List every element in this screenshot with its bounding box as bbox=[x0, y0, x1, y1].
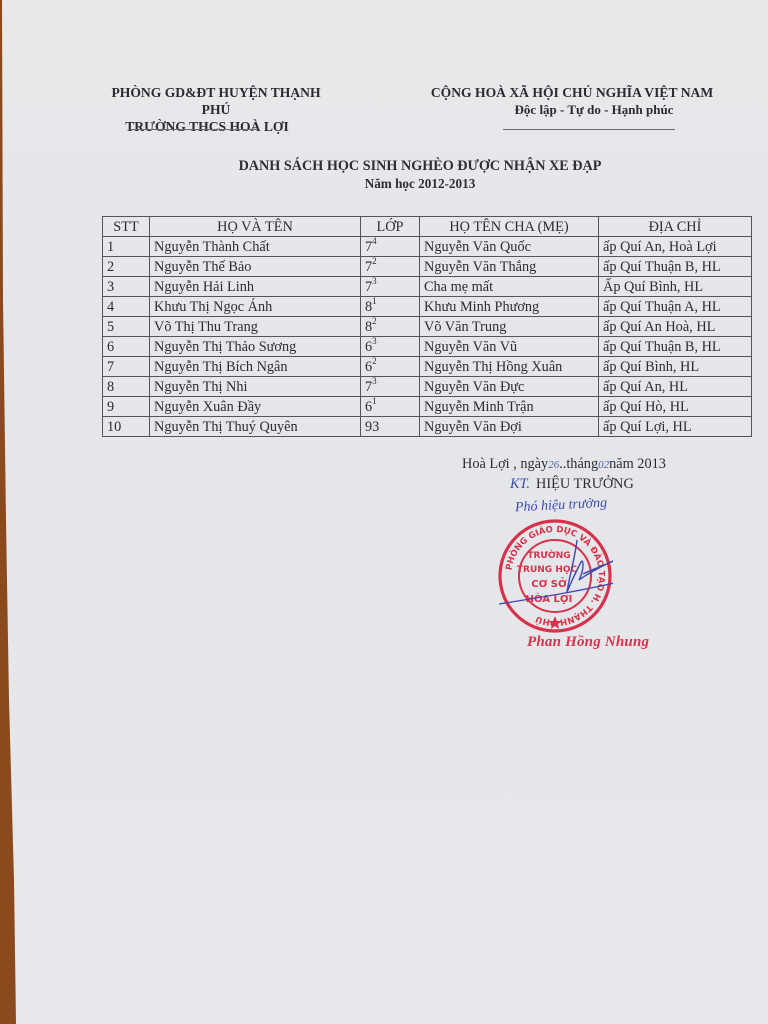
row-class: 62 bbox=[361, 357, 420, 377]
motto: Độc lập - Tự do - Hạnh phúc bbox=[451, 101, 737, 118]
table-row: 2Nguyễn Thế Bảo72Nguyễn Văn Thắngấp Quí … bbox=[103, 257, 752, 277]
row-address: ấp Quí Thuận B, HL bbox=[599, 337, 752, 357]
table-body: 1Nguyễn Thành Chất74Nguyễn Văn Quốcấp Qu… bbox=[103, 237, 752, 437]
table-row: 1Nguyễn Thành Chất74Nguyễn Văn Quốcấp Qu… bbox=[103, 237, 752, 257]
country-name: CỘNG HOÀ XÃ HỘI CHỦ NGHĨA VIỆT NAM bbox=[407, 84, 737, 101]
row-address: ấp Quí An, Hoà Lợi bbox=[599, 237, 752, 257]
class-section: 3 bbox=[372, 336, 377, 346]
right-header-rule bbox=[503, 129, 675, 130]
row-student-name: Nguyễn Thành Chất bbox=[150, 237, 361, 257]
row-class: 61 bbox=[361, 397, 420, 417]
row-address: ấp Quí Thuận A, HL bbox=[599, 297, 752, 317]
date-prefix: Hoà Lợi , ngày bbox=[462, 456, 548, 472]
row-address: ấp Quí Thuận B, HL bbox=[599, 257, 752, 277]
row-class: 73 bbox=[361, 277, 420, 297]
month-handwritten: 02 bbox=[598, 459, 609, 471]
row-student-name: Nguyễn Xuân Đầy bbox=[150, 397, 361, 417]
class-section: 4 bbox=[372, 236, 377, 246]
row-parent-name: Nguyễn Văn Thắng bbox=[420, 257, 599, 277]
student-table: STT HỌ VÀ TÊN LỚP HỌ TÊN CHA (MẸ) ĐỊA CH… bbox=[102, 216, 752, 437]
row-student-name: Nguyễn Hải Linh bbox=[150, 277, 361, 297]
row-stt: 10 bbox=[103, 417, 150, 437]
role-title: HIỆU TRƯỞNG bbox=[536, 476, 634, 492]
date-month-label: ..tháng bbox=[559, 456, 598, 472]
table-row: 4Khưu Thị Ngọc Ánh81Khưu Minh Phươngấp Q… bbox=[103, 297, 752, 317]
document-page: PHÒNG GD&ĐT HUYỆN THẠNH PHÚ TRƯỜNG THCS … bbox=[0, 0, 768, 1024]
row-stt: 2 bbox=[103, 257, 150, 277]
row-student-name: Nguyễn Thị Thảo Sương bbox=[150, 337, 361, 357]
row-stt: 9 bbox=[103, 397, 150, 417]
svg-text:CƠ SỞ: CƠ SỞ bbox=[531, 576, 567, 590]
title-main: DANH SÁCH HỌC SINH NGHÈO ĐƯỢC NHẬN XE ĐẠ… bbox=[190, 158, 650, 175]
row-class: 74 bbox=[361, 237, 420, 257]
row-stt: 8 bbox=[103, 377, 150, 397]
row-student-name: Khưu Thị Ngọc Ánh bbox=[150, 297, 361, 317]
row-parent-name: Võ Văn Trung bbox=[420, 317, 599, 337]
row-stt: 3 bbox=[103, 277, 150, 297]
column-header-stt: STT bbox=[103, 217, 150, 237]
department-name: PHÒNG GD&ĐT HUYỆN THẠNH PHÚ bbox=[100, 84, 332, 118]
row-student-name: Nguyễn Thế Bảo bbox=[150, 257, 361, 277]
row-parent-name: Khưu Minh Phương bbox=[420, 297, 599, 317]
row-parent-name: Nguyễn Văn Đực bbox=[420, 377, 599, 397]
row-class: 73 bbox=[361, 377, 420, 397]
official-stamp-icon: PHÒNG GIÁO DỤC VÀ ĐÀO TẠO H. THẠNH PHÚ T… bbox=[497, 518, 613, 634]
table-row: 8Nguyễn Thị Nhi73Nguyễn Văn Đựcấp Quí An… bbox=[103, 377, 752, 397]
class-section: 2 bbox=[372, 316, 377, 326]
row-address: ấp Quí An, HL bbox=[599, 377, 752, 397]
row-parent-name: Cha mẹ mất bbox=[420, 277, 599, 297]
table-header-row: STT HỌ VÀ TÊN LỚP HỌ TÊN CHA (MẸ) ĐỊA CH… bbox=[103, 217, 752, 237]
row-address: ấp Quí Hò, HL bbox=[599, 397, 752, 417]
class-section: 2 bbox=[372, 256, 377, 266]
day-handwritten: 26 bbox=[548, 459, 559, 471]
national-motto: CỘNG HOÀ XÃ HỘI CHỦ NGHĨA VIỆT NAM Độc l… bbox=[407, 84, 737, 118]
class-section: 3 bbox=[372, 376, 377, 386]
row-address: ấp Quí Lợi, HL bbox=[599, 417, 752, 437]
column-header-address: ĐỊA CHỈ bbox=[599, 217, 752, 237]
issuing-office: PHÒNG GD&ĐT HUYỆN THẠNH PHÚ TRƯỜNG THCS … bbox=[100, 84, 332, 135]
row-parent-name: Nguyễn Văn Vũ bbox=[420, 337, 599, 357]
column-header-name: HỌ VÀ TÊN bbox=[150, 217, 361, 237]
school-year: Năm học 2012-2013 bbox=[190, 175, 650, 192]
row-class: 93 bbox=[361, 417, 420, 437]
row-class: 63 bbox=[361, 337, 420, 357]
table-row: 3Nguyễn Hải Linh73Cha mẹ mấtẤp Quí Bình,… bbox=[103, 277, 752, 297]
row-student-name: Nguyễn Thị Thuý Quyên bbox=[150, 417, 361, 437]
row-class: 82 bbox=[361, 317, 420, 337]
table-row: 5Võ Thị Thu Trang82Võ Văn Trungấp Quí An… bbox=[103, 317, 752, 337]
kt-handwritten: KT. bbox=[510, 476, 530, 492]
class-section: 2 bbox=[372, 356, 377, 366]
row-student-name: Võ Thị Thu Trang bbox=[150, 317, 361, 337]
table-row: 9Nguyễn Xuân Đầy61Nguyễn Minh Trậnấp Quí… bbox=[103, 397, 752, 417]
svg-text:TRƯỜNG: TRƯỜNG bbox=[527, 549, 570, 561]
row-student-name: Nguyễn Thị Nhi bbox=[150, 377, 361, 397]
row-parent-name: Nguyễn Thị Hồng Xuân bbox=[420, 357, 599, 377]
row-stt: 1 bbox=[103, 237, 150, 257]
signatory-role: KT.HIỆU TRƯỞNG bbox=[510, 476, 634, 493]
left-header-rule bbox=[130, 129, 258, 130]
column-header-parent: HỌ TÊN CHA (MẸ) bbox=[420, 217, 599, 237]
class-section: 3 bbox=[372, 276, 377, 286]
column-header-class: LỚP bbox=[361, 217, 420, 237]
row-parent-name: Nguyễn Văn Quốc bbox=[420, 237, 599, 257]
table-row: 10Nguyễn Thị Thuý Quyên93Nguyễn Văn Đợiấ… bbox=[103, 417, 752, 437]
row-address: ấp Quí Bình, HL bbox=[599, 357, 752, 377]
row-stt: 7 bbox=[103, 357, 150, 377]
row-address: Ấp Quí Bình, HL bbox=[599, 277, 752, 297]
table-row: 6Nguyễn Thị Thảo Sương63Nguyễn Văn Vũấp … bbox=[103, 337, 752, 357]
date-line: Hoà Lợi , ngày26..tháng02năm 2013 bbox=[462, 456, 666, 473]
document-title: DANH SÁCH HỌC SINH NGHÈO ĐƯỢC NHẬN XE ĐẠ… bbox=[190, 158, 650, 192]
school-name: TRƯỜNG THCS HOÀ LỢI bbox=[82, 118, 332, 135]
row-class: 81 bbox=[361, 297, 420, 317]
class-section: 1 bbox=[372, 396, 377, 406]
row-stt: 4 bbox=[103, 297, 150, 317]
deputy-handwritten: Phó hiệu trưởng bbox=[515, 496, 608, 517]
row-student-name: Nguyễn Thị Bích Ngân bbox=[150, 357, 361, 377]
row-stt: 5 bbox=[103, 317, 150, 337]
class-section: 1 bbox=[372, 296, 377, 306]
date-year: năm 2013 bbox=[609, 456, 666, 472]
svg-text:TRUNG HỌC: TRUNG HỌC bbox=[517, 565, 578, 575]
row-parent-name: Nguyễn Minh Trận bbox=[420, 397, 599, 417]
signer-name: Phan Hồng Nhung bbox=[527, 634, 649, 651]
row-stt: 6 bbox=[103, 337, 150, 357]
class-grade: 93 bbox=[365, 419, 379, 435]
table-row: 7Nguyễn Thị Bích Ngân62Nguyễn Thị Hồng X… bbox=[103, 357, 752, 377]
row-class: 72 bbox=[361, 257, 420, 277]
row-parent-name: Nguyễn Văn Đợi bbox=[420, 417, 599, 437]
row-address: ấp Quí An Hoà, HL bbox=[599, 317, 752, 337]
